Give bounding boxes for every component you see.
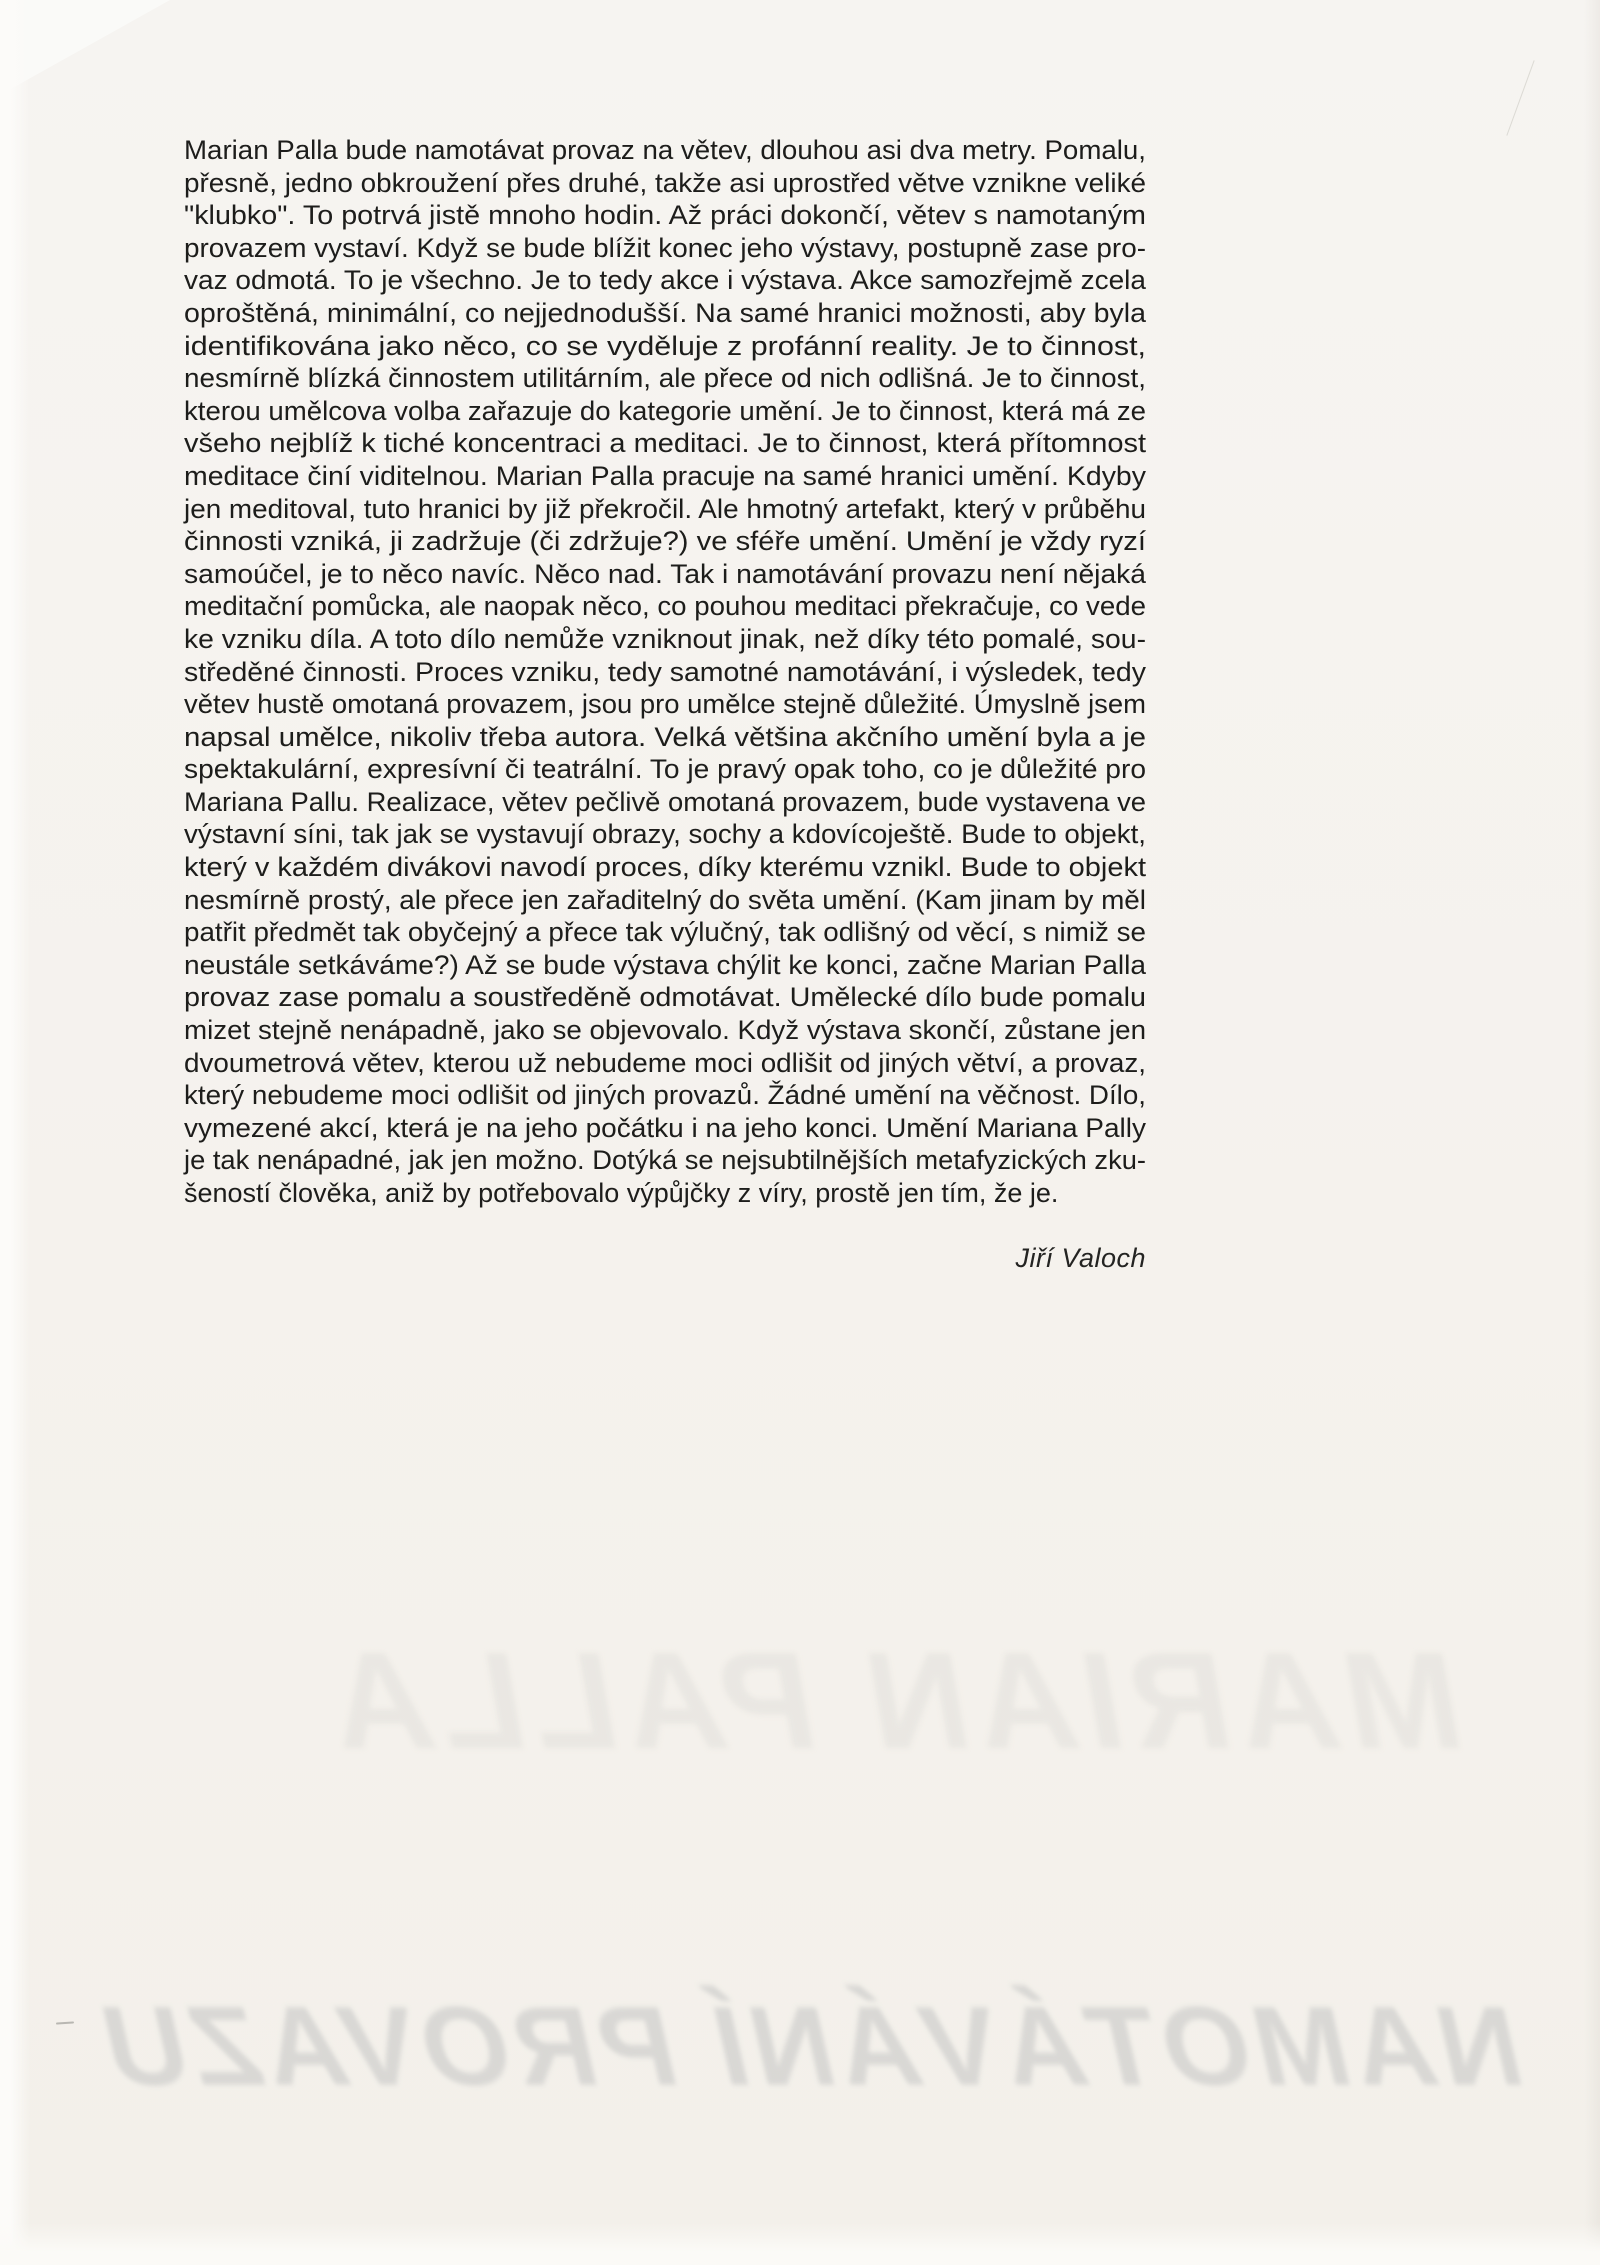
text-line: nesmírně prostý, ale přece jen zařaditel…	[184, 884, 1146, 917]
text-line: jen meditoval, tuto hranici by již překr…	[184, 493, 1146, 526]
text-line: vymezené akcí, která je na jeho počátku …	[184, 1112, 1146, 1145]
text-line: který v každém divákovi navodí proces, d…	[184, 851, 1146, 884]
text-line: identifikována jako něco, co se vyděluje…	[184, 330, 1146, 363]
text-line: Mariana Pallu. Realizace, větev pečlivě …	[184, 786, 1146, 819]
text-line: ke vzniku díla. A toto dílo nemůže vznik…	[184, 623, 1146, 656]
pencil-mark-artifact	[56, 2021, 74, 2024]
text-line: vaz odmotá. To je všechno. Je to tedy ak…	[184, 264, 1146, 297]
body-text: Marian Palla bude namotávat provaz na vě…	[184, 134, 1146, 1210]
scanned-page: MARIAN PALLA NAMOTÁVÁNÍ PROVAZU Marian P…	[0, 0, 1600, 2265]
text-line: výstavní síni, tak jak se vystavují obra…	[184, 818, 1146, 851]
scan-bottom-edge	[0, 2223, 1600, 2265]
text-line: šeností člověka, aniž by potřebovalo výp…	[184, 1177, 1146, 1210]
ghost-title-showthrough-bottom: NAMOTÁVÁNÍ PROVAZU	[55, 1982, 1565, 2111]
text-line: všeho nejblíž k tiché koncentraci a medi…	[184, 427, 1146, 460]
scan-left-edge	[0, 0, 30, 2265]
text-line: spektakulární, expresívní či teatrální. …	[184, 753, 1146, 786]
ghost-title-showthrough-middle: MARIAN PALLA	[326, 1622, 1474, 1781]
text-line: kterou umělcova volba zařazuje do katego…	[184, 395, 1146, 428]
text-line: meditační pomůcka, ale naopak něco, co p…	[184, 590, 1146, 623]
text-line: je tak nenápadné, jak jen možno. Dotýká …	[184, 1144, 1146, 1177]
text-line: větev hustě omotaná provazem, jsou pro u…	[184, 688, 1146, 721]
scan-right-edge	[1584, 0, 1600, 2265]
text-line: přesně, jedno obkroužení přes druhé, tak…	[184, 167, 1146, 200]
author-signature: Jiří Valoch	[184, 1243, 1146, 1274]
scan-crease-artifact	[1506, 60, 1534, 136]
text-line: Marian Palla bude namotávat provaz na vě…	[184, 134, 1146, 167]
text-line: "klubko". To potrvá jistě mnoho hodin. A…	[184, 199, 1146, 232]
text-line: provazem vystaví. Když se bude blížit ko…	[184, 232, 1146, 265]
text-line: provaz zase pomalu a soustředěně odmotáv…	[184, 981, 1146, 1014]
text-line: mizet stejně nenápadně, jako se objevova…	[184, 1014, 1146, 1047]
text-line: středěné činnosti. Proces vzniku, tedy s…	[184, 656, 1146, 689]
text-line: meditace činí viditelnou. Marian Palla p…	[184, 460, 1146, 493]
text-line: patřit předmět tak obyčejný a přece tak …	[184, 916, 1146, 949]
text-line: nesmírně blízká činnostem utilitárním, a…	[184, 362, 1146, 395]
text-line: činnosti vzniká, ji zadržuje (či zdržuje…	[184, 525, 1146, 558]
text-line: neustále setkáváme?) Až se bude výstava …	[184, 949, 1146, 982]
text-line: oproštěná, minimální, co nejjednodušší. …	[184, 297, 1146, 330]
text-line: napsal umělce, nikoliv třeba autora. Vel…	[184, 721, 1146, 754]
text-line: dvoumetrová větev, kterou už nebudeme mo…	[184, 1047, 1146, 1080]
text-line: samoúčel, je to něco navíc. Něco nad. Ta…	[184, 558, 1146, 591]
text-line: který nebudeme moci odlišit od jiných pr…	[184, 1079, 1146, 1112]
